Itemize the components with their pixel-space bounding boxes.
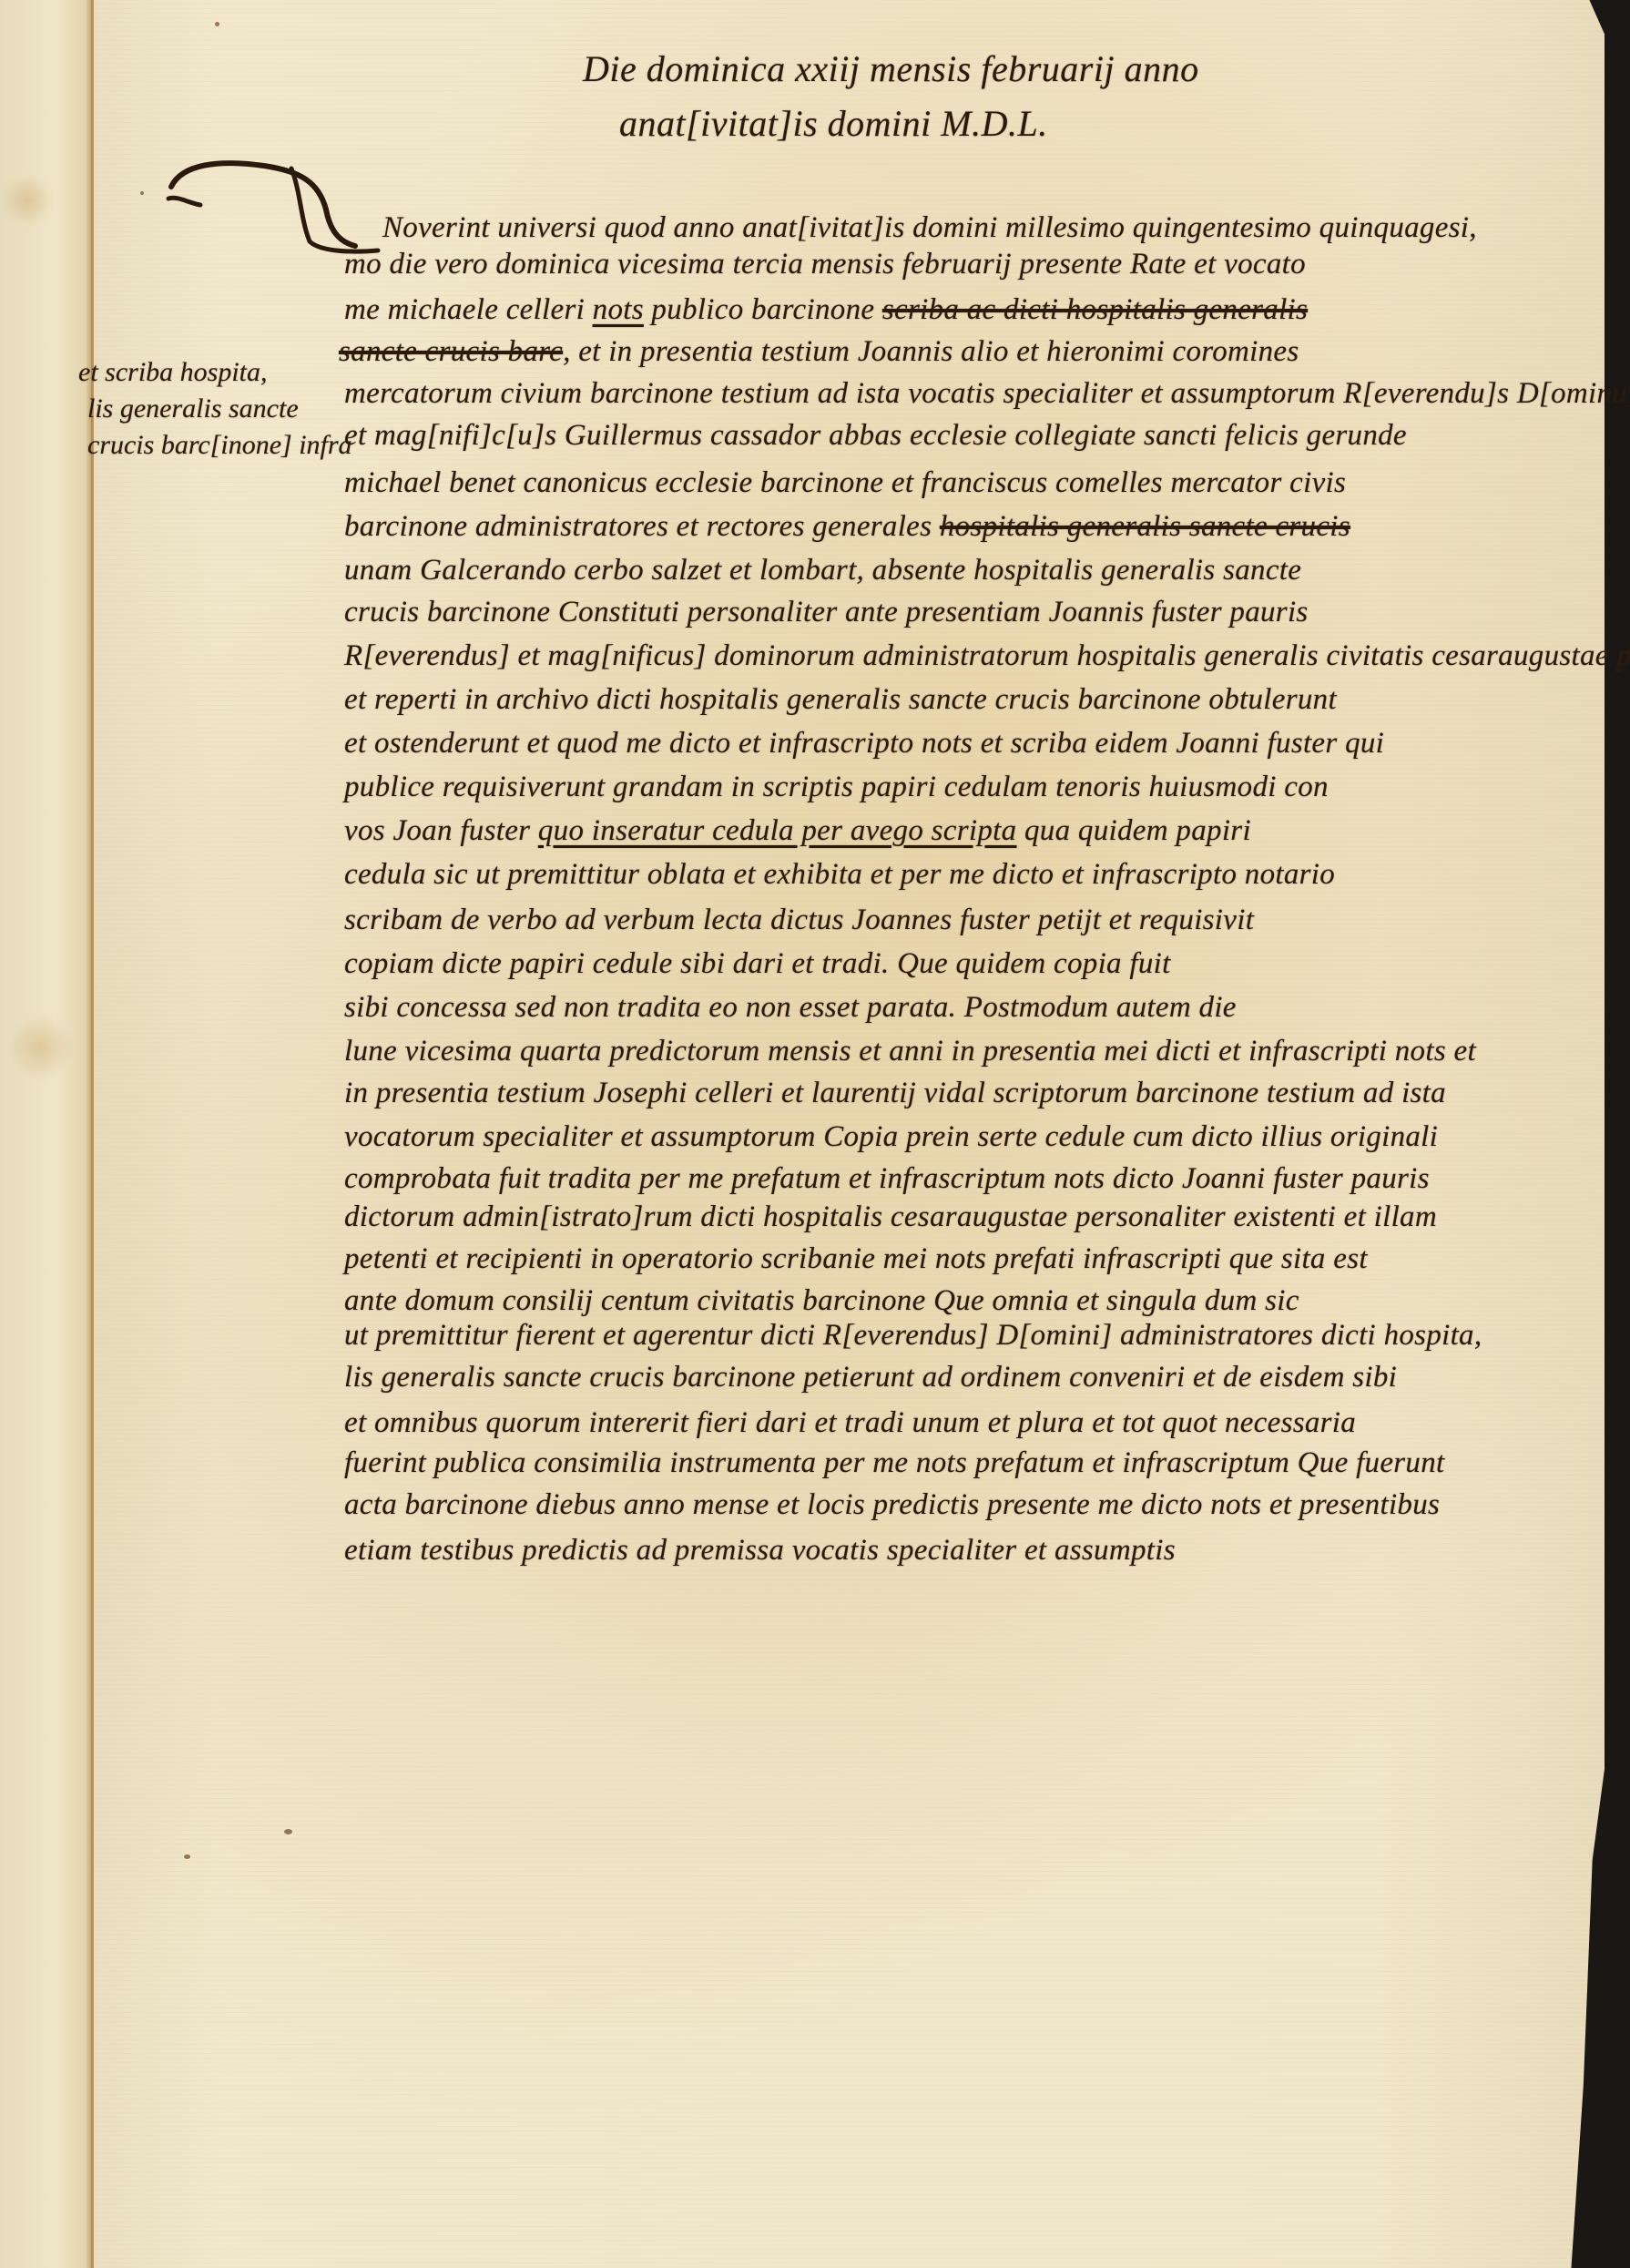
body-line-4-text: , et in presentia testium Joannis alio e…	[563, 335, 1299, 368]
body-line-10: crucis barcinone Constituti personaliter…	[344, 596, 1309, 629]
body-line-16: cedula sic ut premittitur oblata et exhi…	[344, 858, 1335, 892]
body-line-15-pre: vos Joan fuster	[344, 814, 538, 847]
body-line-8-pre: barcinone administratores et rectores ge…	[344, 510, 940, 543]
body-line-6: et mag[nifi]c[u]s Guillermus cassador ab…	[344, 419, 1407, 453]
ink-speck	[215, 22, 219, 26]
page-gutter	[91, 0, 94, 2268]
body-line-15: vos Joan fuster quo inseratur cedula per…	[344, 814, 1251, 848]
heading-line-2: anat[ivitat]is domini M.D.L.	[619, 102, 1048, 145]
body-line-1: Noverint universi quod anno anat[ivitat]…	[382, 211, 1477, 245]
body-line-2: mo die vero dominica vicesima tercia men…	[344, 248, 1306, 281]
body-line-21: in presentia testium Josephi celleri et …	[344, 1077, 1446, 1110]
manuscript-scan: Die dominica xxiij mensis februarij anno…	[0, 0, 1630, 2268]
body-line-31: acta barcinone diebus anno mense et loci…	[344, 1488, 1440, 1522]
body-line-27: ut premittitur fierent et agerentur dict…	[344, 1319, 1482, 1353]
body-line-13: et ostenderunt et quod me dicto et infra…	[344, 727, 1384, 761]
initial-flourish-icon	[164, 155, 382, 255]
body-line-32: etiam testibus predictis ad premissa voc…	[344, 1534, 1176, 1568]
inserted-cedula-note: quo inseratur cedula per avego scripta	[538, 814, 1017, 847]
struck-text: scriba ac dicti hospitalis generalis	[882, 293, 1308, 326]
body-line-3: me michaele celleri nots publico barcino…	[344, 293, 1308, 327]
body-line-23: comprobata fuit tradita per me prefatum …	[344, 1162, 1430, 1196]
body-line-3-mid: publico barcinone	[644, 293, 882, 326]
body-line-14: publice requisiverunt grandam in scripti…	[344, 771, 1329, 804]
body-line-7: michael benet canonicus ecclesie barcino…	[344, 466, 1346, 500]
stain	[0, 173, 55, 228]
body-line-25: petenti et recipienti in operatorio scri…	[344, 1242, 1368, 1276]
body-line-30: fuerint publica consimilia instrumenta p…	[344, 1446, 1445, 1480]
body-line-4: sancte crucis barc, et in presentia test…	[339, 335, 1299, 369]
stain	[9, 1011, 73, 1084]
margin-note-line-2: lis generalis sancte	[87, 393, 299, 424]
body-line-19: sibi concessa sed non tradita eo non ess…	[344, 991, 1237, 1025]
body-line-15-text: qua quidem papiri	[1016, 814, 1250, 847]
body-line-5: mercatorum civium barcinone testium ad i…	[344, 377, 1630, 411]
body-line-22: vocatorum specialiter et assumptorum Cop…	[344, 1120, 1438, 1154]
struck-text: hospitalis generalis sancte crucis	[940, 510, 1350, 543]
body-line-26: ante domum consilij centum civitatis bar…	[344, 1284, 1299, 1318]
ink-speck	[284, 1829, 292, 1834]
body-line-17: scribam de verbo ad verbum lecta dictus …	[344, 904, 1254, 937]
body-line-12: et reperti in archivo dicti hospitalis g…	[344, 683, 1337, 717]
heading-line-1: Die dominica xxiij mensis februarij anno	[583, 47, 1199, 90]
body-line-3-pre: me michaele celleri	[344, 293, 593, 326]
body-line-8: barcinone administratores et rectores ge…	[344, 510, 1350, 544]
notary-abbrev: nots	[593, 293, 644, 326]
body-line-29: et omnibus quorum intererit fieri dari e…	[344, 1406, 1356, 1440]
body-line-11: R[everendus] et mag[nificus] dominorum a…	[344, 639, 1630, 673]
body-line-18: copiam dicte papiri cedule sibi dari et …	[344, 947, 1171, 981]
struck-text: sancte crucis barc	[339, 335, 563, 368]
body-line-20: lune vicesima quarta predictorum mensis …	[344, 1035, 1476, 1068]
margin-note-line-3: crucis barc[inone] infra	[87, 430, 352, 461]
ink-speck	[140, 191, 144, 195]
margin-note-line-1: et scriba hospita,	[78, 357, 268, 388]
ink-speck	[184, 1854, 190, 1859]
facing-page-left	[0, 0, 93, 2268]
body-line-28: lis generalis sancte crucis barcinone pe…	[344, 1361, 1397, 1395]
body-line-24: dictorum admin[istrato]rum dicti hospita…	[344, 1200, 1437, 1234]
body-line-9: unam Galcerando cerbo salzet et lombart,…	[344, 554, 1301, 587]
